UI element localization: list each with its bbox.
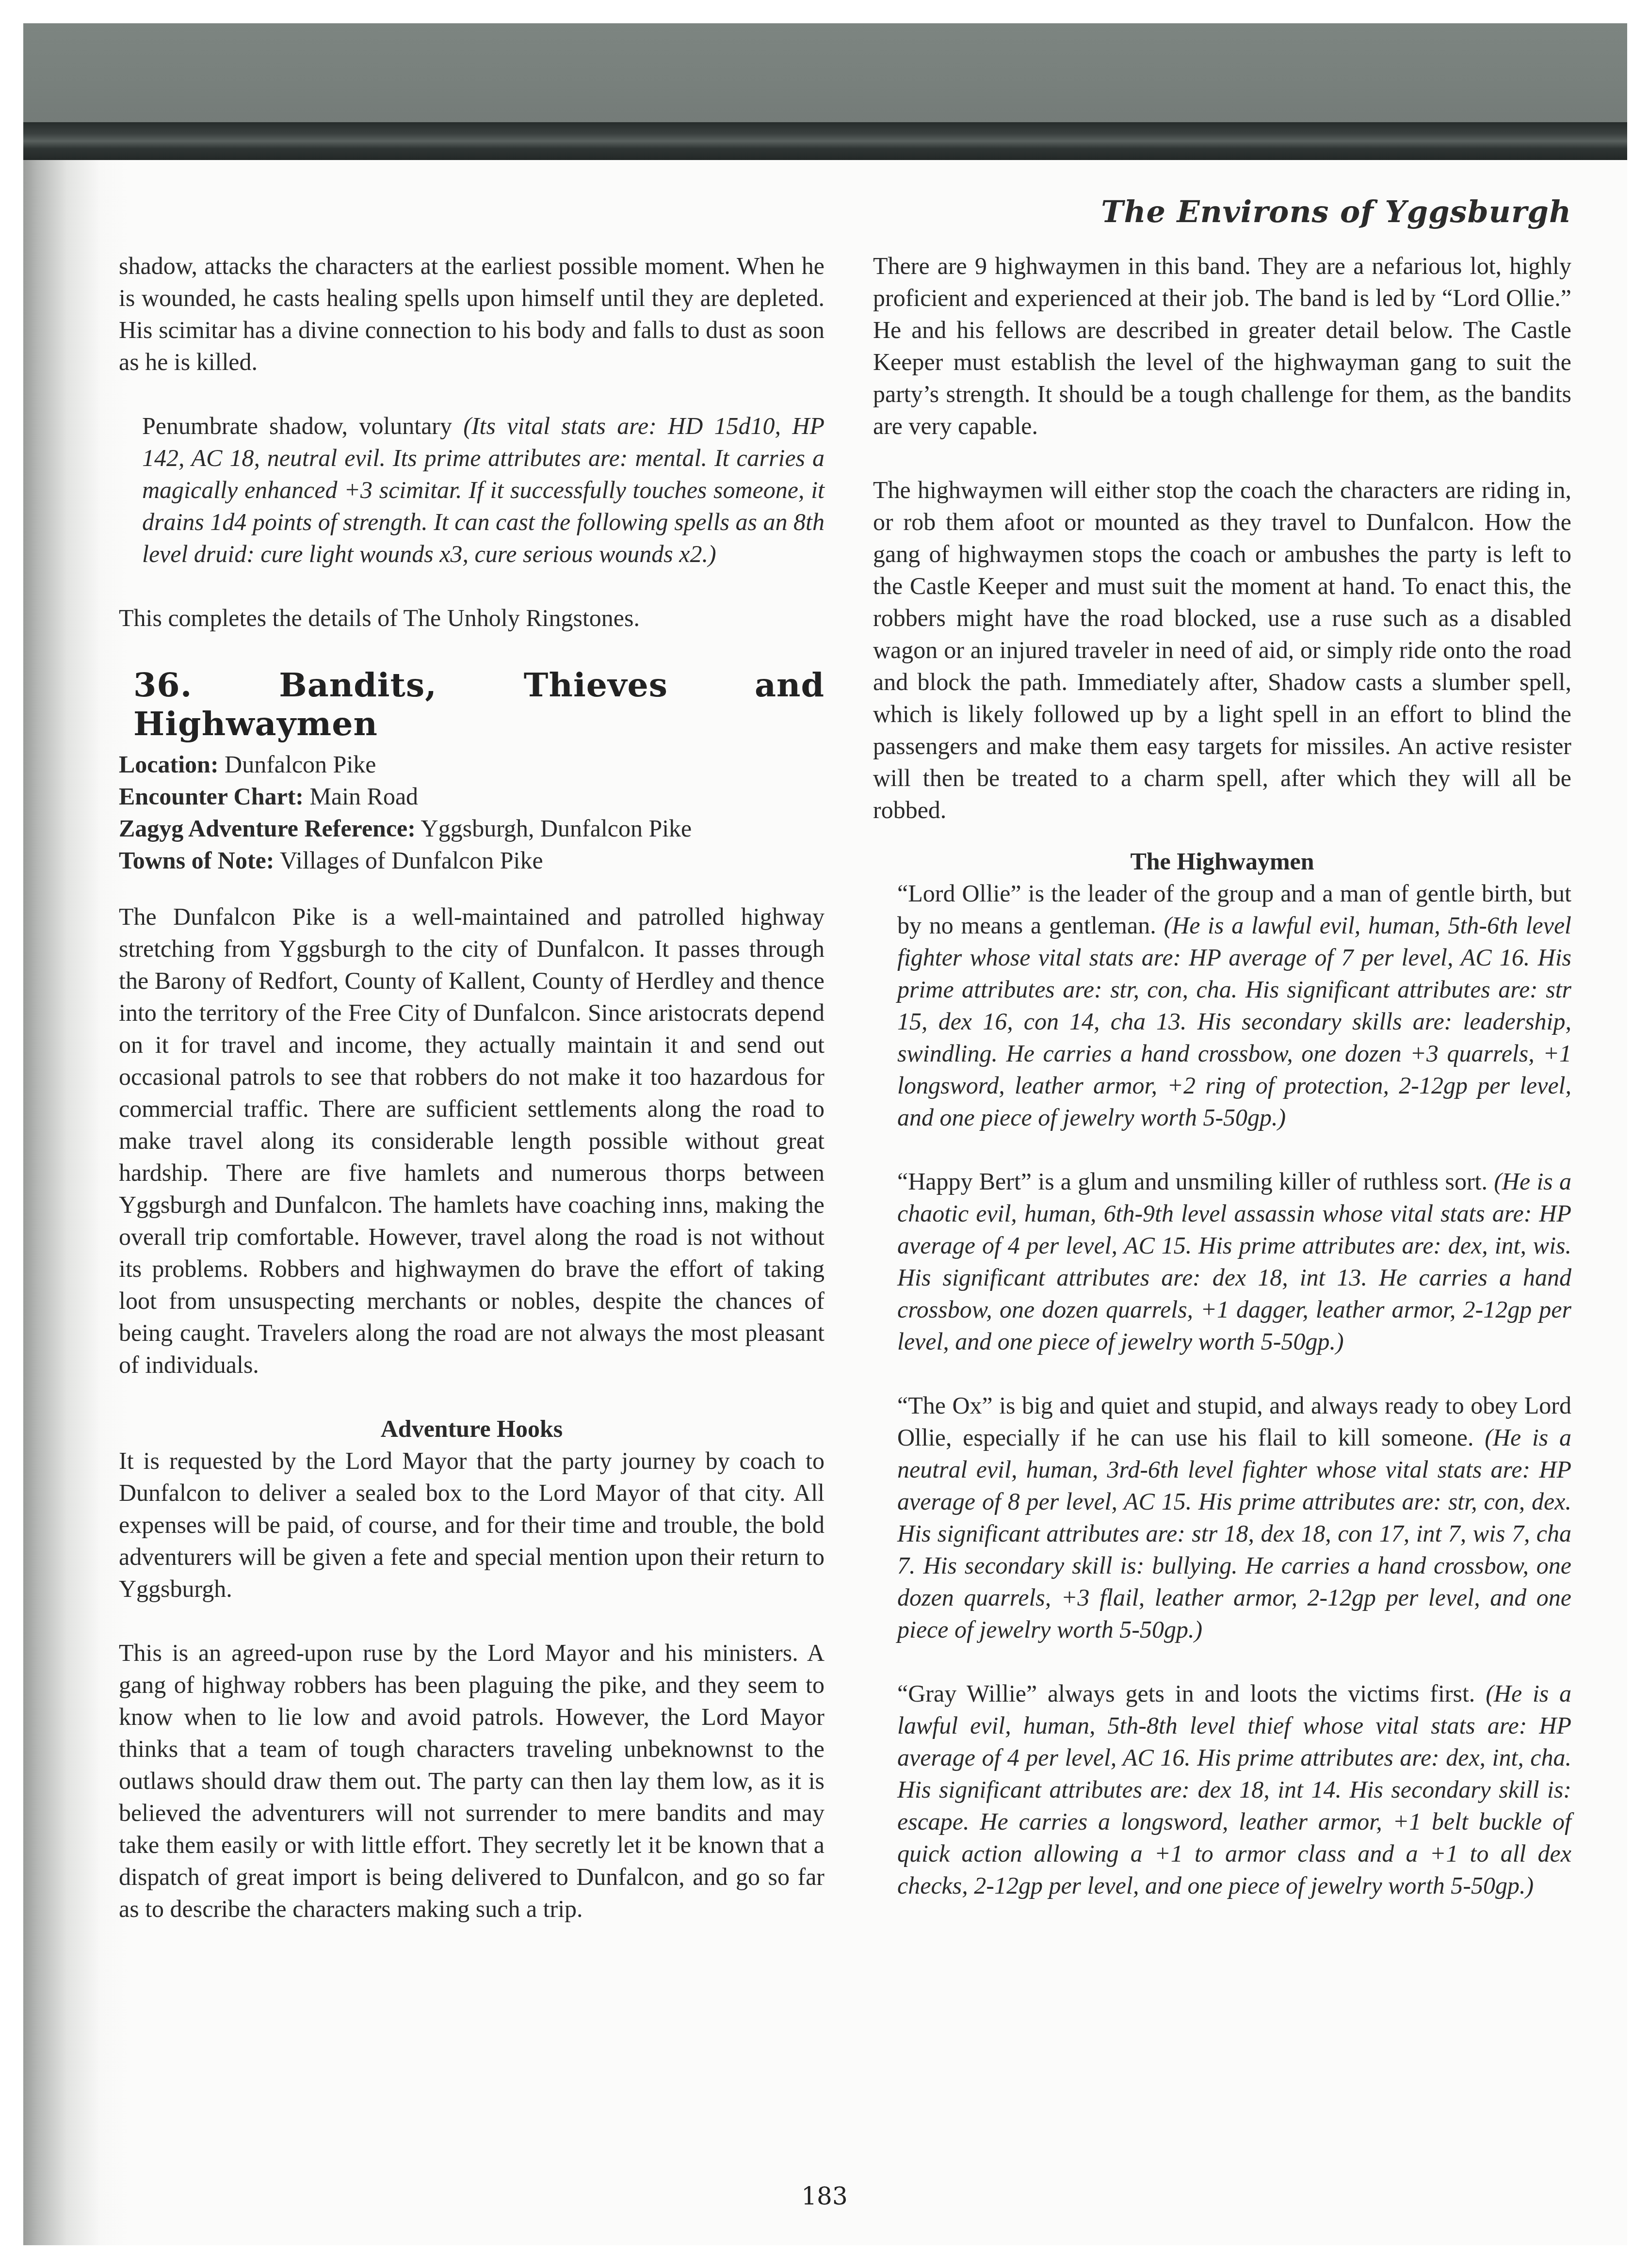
band-paragraph: There are 9 highwaymen in this band. The… xyxy=(873,250,1571,442)
meta-encounter-chart: Encounter Chart: Main Road xyxy=(119,780,824,812)
meta-location: Location: Dunfalcon Pike xyxy=(119,748,824,780)
left-column: shadow, attacks the characters at the ea… xyxy=(119,250,824,1957)
meta-label: Encounter Chart: xyxy=(119,783,304,810)
npc-stats: (He is a lawful evil, human, 5th-8th lev… xyxy=(897,1680,1571,1899)
meta-value: Main Road xyxy=(304,783,418,810)
npc-stats: (He is a chaotic evil, human, 6th-9th le… xyxy=(897,1168,1571,1355)
highwaymen-heading: The Highwaymen xyxy=(873,845,1571,877)
npc-stats: (He is a lawful evil, human, 5th-6th lev… xyxy=(897,912,1571,1131)
scanner-background xyxy=(23,23,1627,124)
ambush-paragraph: The highwaymen will either stop the coac… xyxy=(873,474,1571,826)
stat-block: Penumbrate shadow, voluntary (Its vital … xyxy=(119,410,824,570)
section-title: 36. Bandits, Thieves and Highwaymen xyxy=(133,666,824,743)
meta-zagyg-reference: Zagyg Adventure Reference: Yggsburgh, Du… xyxy=(119,812,824,844)
npc-intro: “Gray Willie” always gets in and loots t… xyxy=(897,1680,1486,1707)
meta-value: Yggsburgh, Dunfalcon Pike xyxy=(416,815,692,842)
description-paragraph: The Dunfalcon Pike is a well-maintained … xyxy=(119,901,824,1381)
running-head: The Environs of Yggsburgh xyxy=(1101,194,1571,229)
meta-label: Towns of Note: xyxy=(119,847,274,874)
meta-value: Villages of Dunfalcon Pike xyxy=(274,847,543,874)
npc-stats: (He is a neutral evil, human, 3rd-6th le… xyxy=(897,1424,1571,1643)
meta-label: Location: xyxy=(119,751,219,778)
gutter-shadow xyxy=(23,160,130,2245)
npc-lord-ollie: “Lord Ollie” is the leader of the group … xyxy=(897,877,1571,1133)
npc-gray-willie: “Gray Willie” always gets in and loots t… xyxy=(897,1677,1571,1901)
meta-towns-of-note: Towns of Note: Villages of Dunfalcon Pik… xyxy=(119,844,824,876)
book-edge-band xyxy=(23,122,1627,160)
adventure-hooks-heading: Adventure Hooks xyxy=(119,1413,824,1445)
stat-block-name: Penumbrate shadow, voluntary xyxy=(142,412,463,439)
meta-value: Dunfalcon Pike xyxy=(219,751,376,778)
npc-happy-bert: “Happy Bert” is a glum and unsmiling kil… xyxy=(897,1165,1571,1357)
right-column: There are 9 highwaymen in this band. The… xyxy=(873,250,1571,1933)
adventure-hooks-paragraph-1: It is requested by the Lord Mayor that t… xyxy=(119,1445,824,1605)
npc-intro: “The Ox” is big and quiet and stupid, an… xyxy=(897,1392,1571,1451)
closing-line: This completes the details of The Unholy… xyxy=(119,602,824,634)
encounter-meta: Location: Dunfalcon Pike Encounter Chart… xyxy=(119,748,824,876)
page-number: 183 xyxy=(0,2182,1649,2210)
npc-the-ox: “The Ox” is big and quiet and stupid, an… xyxy=(897,1389,1571,1645)
adventure-hooks-paragraph-2: This is an agreed-upon ruse by the Lord … xyxy=(119,1637,824,1925)
meta-label: Zagyg Adventure Reference: xyxy=(119,815,416,842)
intro-paragraph: shadow, attacks the characters at the ea… xyxy=(119,250,824,378)
npc-intro: “Happy Bert” is a glum and unsmiling kil… xyxy=(897,1168,1494,1195)
